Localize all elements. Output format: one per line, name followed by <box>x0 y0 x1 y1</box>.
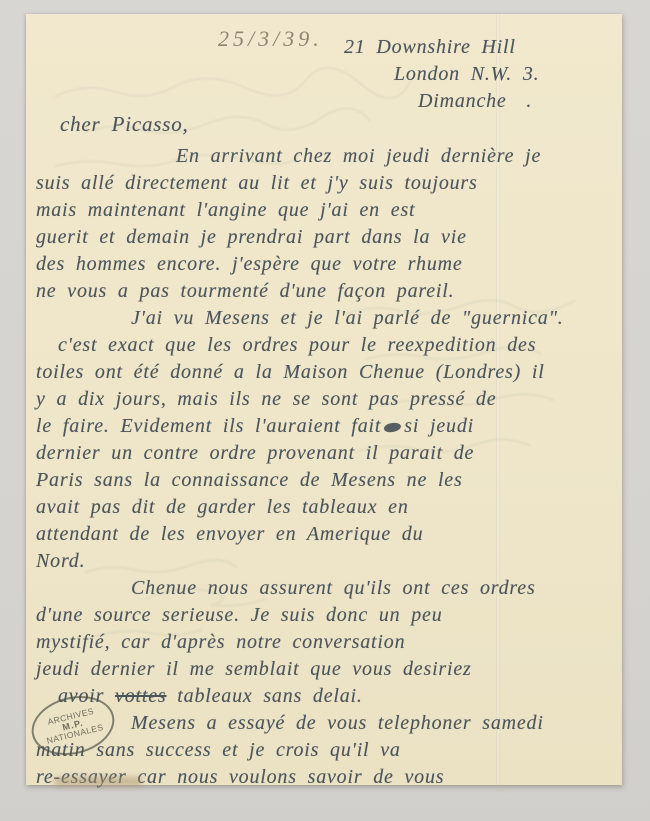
handwritten-text: dernier un contre ordre provenant il par… <box>36 442 474 464</box>
handwritten-text: ne vous a pas tourmenté d'une façon pare… <box>36 280 454 302</box>
letter-line: En arrivant chez moi jeudi dernière je <box>36 145 614 172</box>
pencil-date-annotation: 25/3/39. <box>218 26 323 52</box>
letter-line: toiles ont été donné a la Maison Chenue … <box>36 361 614 388</box>
letter-line: avoir vottes tableaux sans delai. <box>36 685 614 712</box>
handwritten-text: jeudi dernier il me semblait que vous de… <box>36 658 472 680</box>
letter-line: y a dix jours, mais ils ne se sont pas p… <box>36 388 614 415</box>
handwritten-text: d'une source serieuse. Je suis donc un p… <box>36 604 443 626</box>
letter-line: Nord. <box>36 550 614 577</box>
handwritten-text: toiles ont été donné a la Maison Chenue … <box>36 361 545 383</box>
handwritten-text: suis allé directement au lit et j'y suis… <box>36 172 478 194</box>
handwritten-text: Chenue nous assurent qu'ils ont ces ordr… <box>131 577 536 599</box>
address-line: 21 Downshire Hill <box>344 36 540 63</box>
handwritten-text: mais maintenant l'angine que j'ai en est <box>36 199 415 221</box>
letter-line: mystifié, car d'après notre conversation <box>36 631 614 658</box>
handwritten-text: si jeudi <box>404 415 474 437</box>
letter-line: des hommes encore. j'espère que votre rh… <box>36 253 614 280</box>
letter-line: Paris sans la connaissance de Mesens ne … <box>36 469 614 496</box>
handwritten-text: avait pas dit de garder les tableaux en <box>36 496 409 518</box>
letter-line: guerit et demain je prendrai part dans l… <box>36 226 614 253</box>
letter-line: J'ai vu Mesens et je l'ai parlé de "guer… <box>36 307 614 334</box>
letter-line: suis allé directement au lit et j'y suis… <box>36 172 614 199</box>
crossed-out-word: vottes <box>115 685 166 707</box>
address-line: London N.W. 3. <box>394 63 540 90</box>
handwritten-text: Mesens a essayé de vous telephoner samed… <box>131 712 544 734</box>
scan-background: { "letter": { "pencil_date": "25/3/39.",… <box>0 0 650 821</box>
letter-body: En arrivant chez moi jeudi dernière jesu… <box>36 145 614 793</box>
handwritten-text: des hommes encore. j'espère que votre rh… <box>36 253 463 275</box>
letter-line: re-essayer car nous voulons savoir de vo… <box>36 766 614 793</box>
letter-paper: 25/3/39. 21 Downshire HillLondon N.W. 3.… <box>26 14 622 785</box>
letter-line: c'est exact que les ordres pour le reexp… <box>36 334 614 361</box>
letter-line: Chenue nous assurent qu'ils ont ces ordr… <box>36 577 614 604</box>
handwritten-text: tableaux sans delai. <box>166 685 362 707</box>
handwritten-text: attendant de les envoyer en Amerique du <box>36 523 423 545</box>
letter-line: Mesens a essayé de vous telephoner samed… <box>36 712 614 739</box>
ink-blot <box>384 422 402 432</box>
address-line: Dimanche . <box>418 90 540 117</box>
handwritten-text: y a dix jours, mais ils ne se sont pas p… <box>36 388 496 410</box>
letter-line: ne vous a pas tourmenté d'une façon pare… <box>36 280 614 307</box>
handwritten-text: En arrivant chez moi jeudi dernière je <box>176 145 541 167</box>
letter-line: attendant de les envoyer en Amerique du <box>36 523 614 550</box>
letter-line: mais maintenant l'angine que j'ai en est <box>36 199 614 226</box>
handwritten-text: c'est exact que les ordres pour le reexp… <box>58 334 536 356</box>
handwritten-text: J'ai vu Mesens et je l'ai parlé de "guer… <box>131 307 564 329</box>
salutation: cher Picasso, <box>60 112 189 137</box>
letter-line: le faire. Evidement ils l'auraient faits… <box>36 415 614 442</box>
handwritten-text: mystifié, car d'après notre conversation <box>36 631 405 653</box>
sender-address-block: 21 Downshire HillLondon N.W. 3.Dimanche … <box>344 36 540 117</box>
letter-line: matin sans success et je crois qu'il va <box>36 739 614 766</box>
letter-line: dernier un contre ordre provenant il par… <box>36 442 614 469</box>
letter-line: avait pas dit de garder les tableaux en <box>36 496 614 523</box>
letter-line: d'une source serieuse. Je suis donc un p… <box>36 604 614 631</box>
letter-line: jeudi dernier il me semblait que vous de… <box>36 658 614 685</box>
handwritten-text: guerit et demain je prendrai part dans l… <box>36 226 467 248</box>
handwritten-text: le faire. Evidement ils l'auraient fait <box>36 415 381 437</box>
handwritten-text: Paris sans la connaissance de Mesens ne … <box>36 469 463 491</box>
handwritten-text: Nord. <box>36 550 85 572</box>
handwritten-text: re-essayer car nous voulons savoir de vo… <box>36 766 444 788</box>
